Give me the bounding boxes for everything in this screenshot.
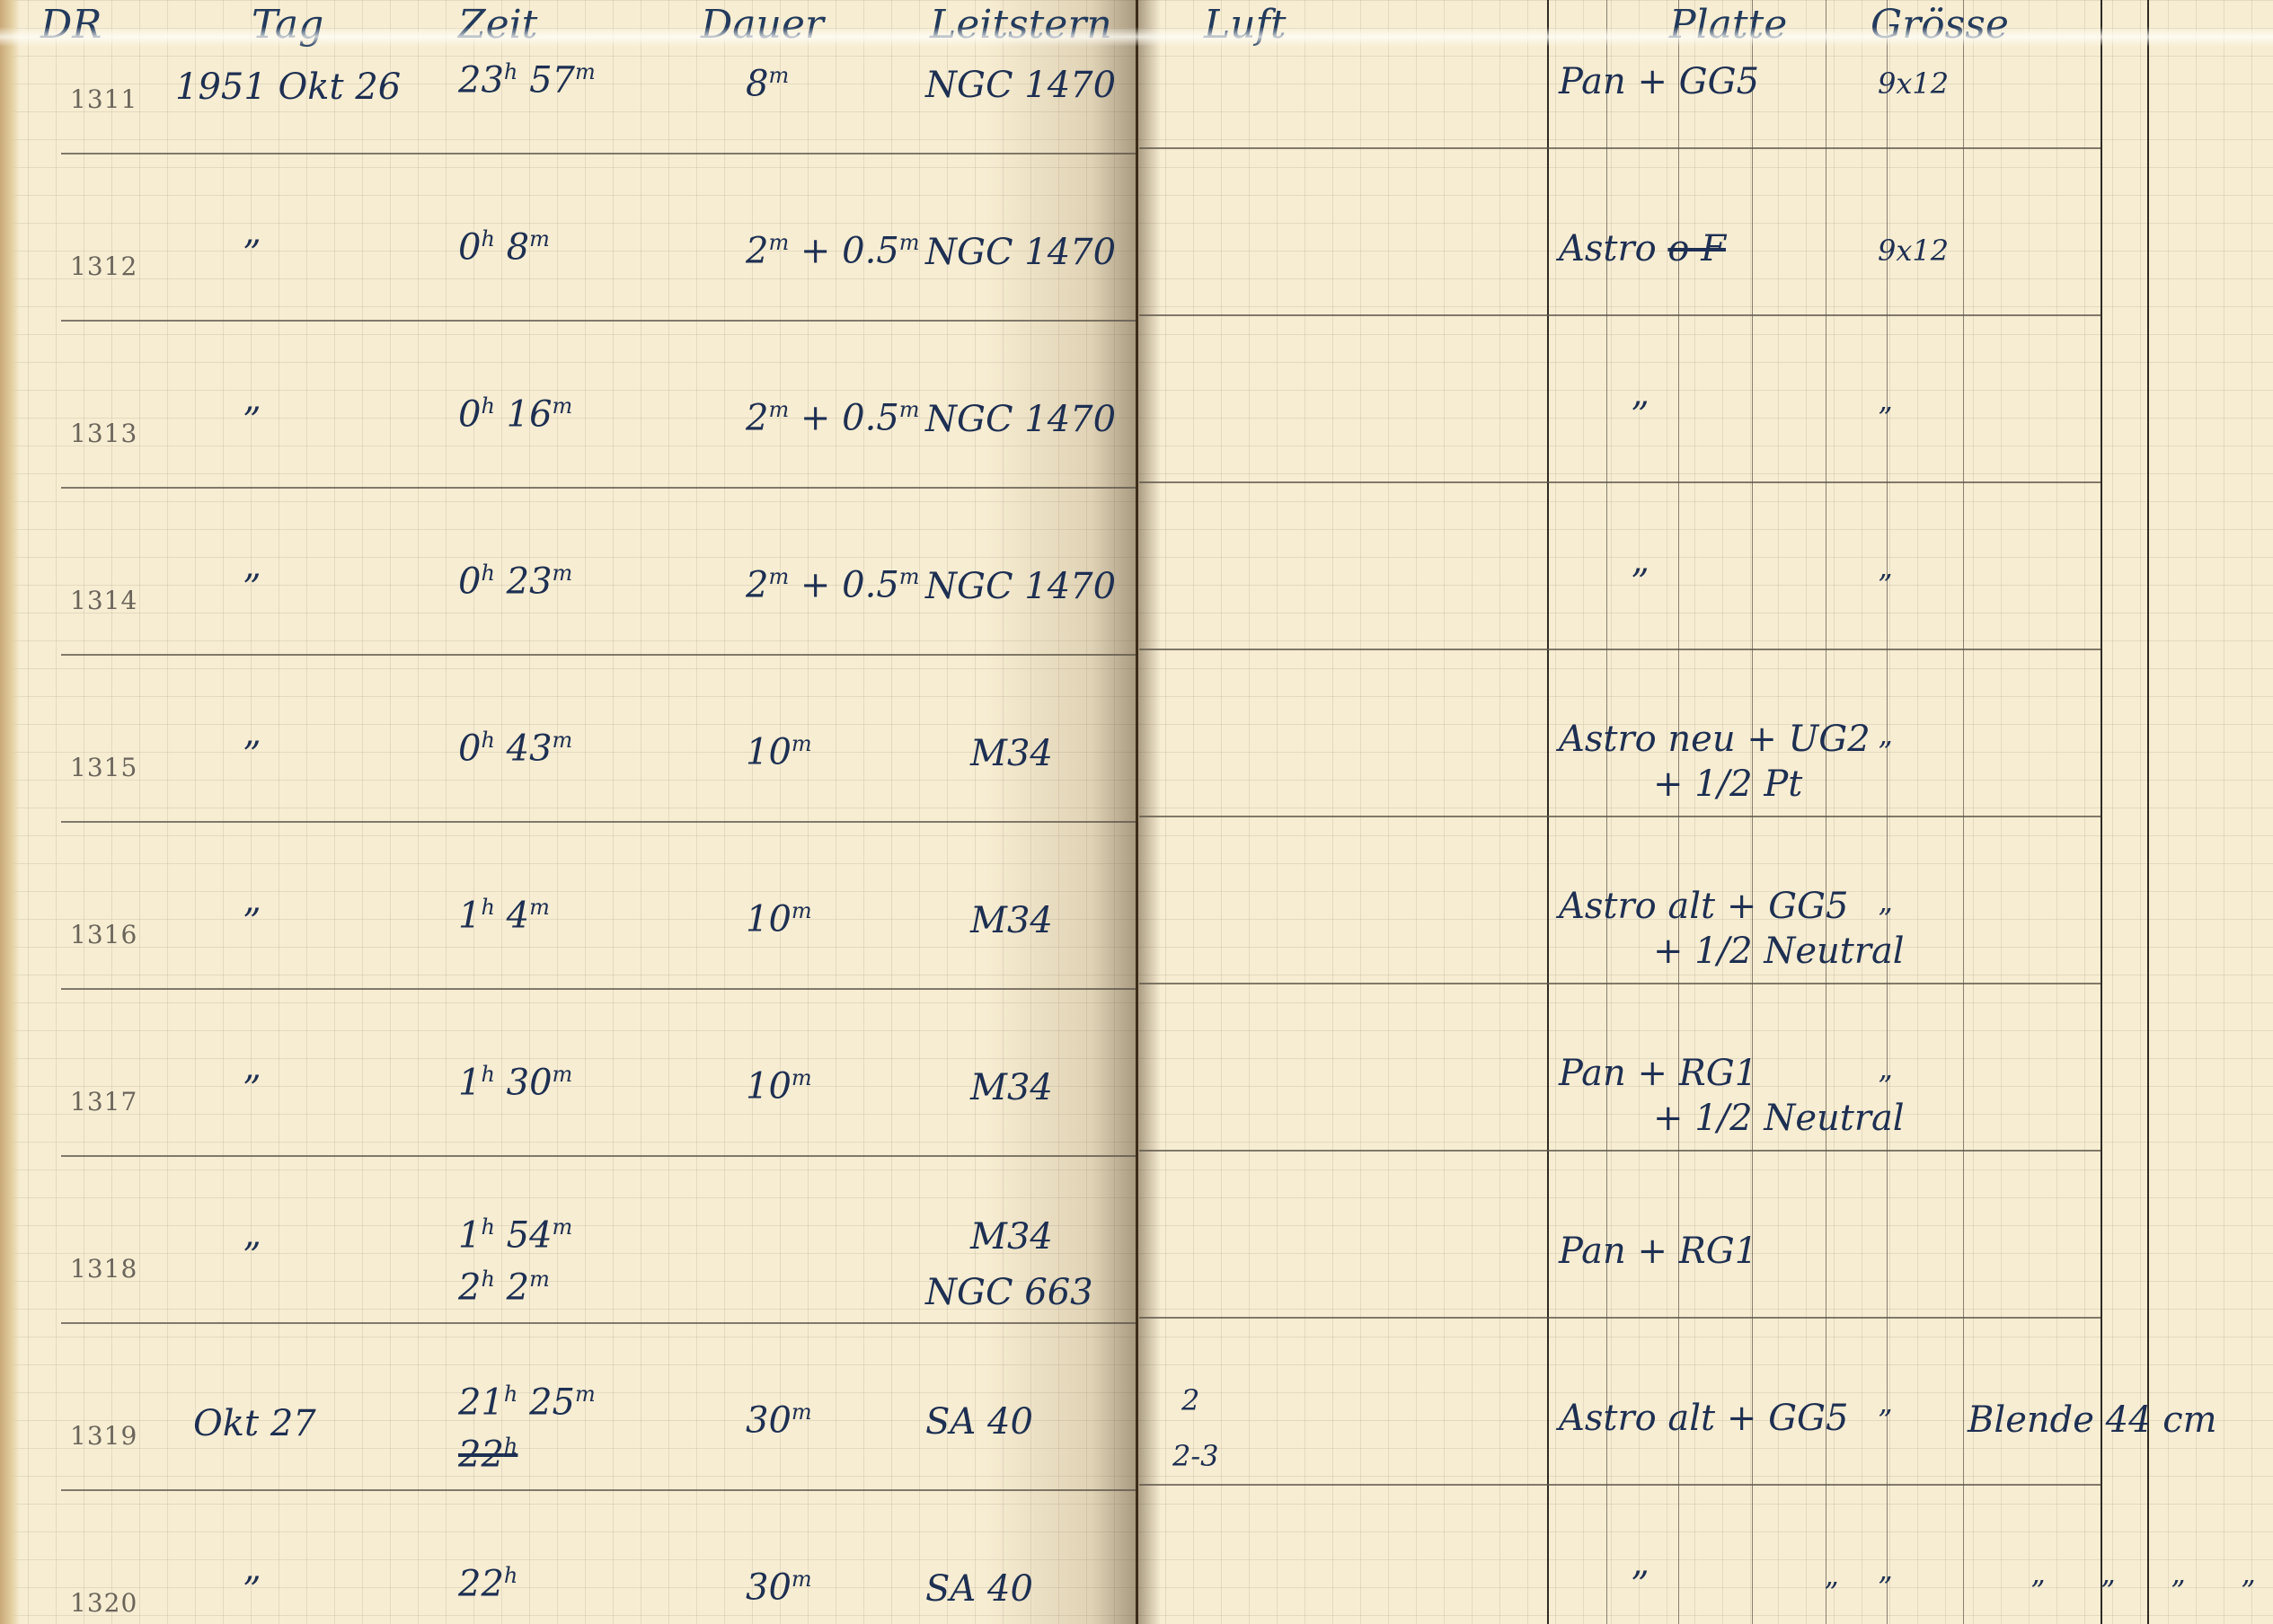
entry-seeing: 2 — [1181, 1383, 1199, 1417]
entry-date: ” — [243, 1069, 261, 1110]
row-divider — [61, 988, 1136, 990]
header-dr: DR — [40, 2, 102, 48]
entry-guide-star: NGC 1470 — [925, 566, 1116, 607]
entry-duration: 10m — [746, 1065, 812, 1107]
entry-duration: 2m + 0.5m — [746, 564, 920, 605]
header-groesse: Grösse — [1871, 2, 2009, 48]
entry-guide-star: M34 — [970, 733, 1053, 774]
entry-size: ” — [1878, 902, 1892, 936]
header-zeit: Zeit — [458, 2, 537, 48]
column-rule — [2147, 0, 2149, 1624]
entry-date: ” — [243, 401, 261, 442]
entry-guide-star: M34 — [970, 1216, 1053, 1258]
entry-time: 22h — [458, 1563, 517, 1604]
entry-date: ” — [243, 568, 261, 609]
entry-date: ” — [243, 902, 261, 943]
entry-number: 1318 — [70, 1254, 137, 1284]
row-divider — [61, 1489, 1136, 1491]
entry-plate: ” — [1631, 1565, 1649, 1606]
entry-guide-star: NGC 1470 — [925, 232, 1116, 273]
row-divider — [1139, 147, 2101, 149]
entry-plate: Astro neu + UG2 — [1559, 719, 1871, 760]
header-luft: Luft — [1204, 2, 1287, 48]
entry-note: ” — [2101, 1574, 2115, 1608]
entry-plate: + 1/2 Pt — [1653, 763, 1802, 805]
entry-seeing: 2-3 — [1172, 1439, 1219, 1473]
row-divider — [1139, 481, 2101, 483]
entry-ditto: ” — [1824, 1575, 1838, 1610]
entry-size: ” — [1878, 401, 1892, 435]
entry-size: 9x12 — [1878, 66, 1949, 101]
row-divider — [61, 320, 1136, 322]
entry-time: 23h 57m — [458, 59, 596, 101]
entry-plate: Pan + GG5 — [1559, 61, 1759, 102]
entry-time: 0h 43m — [458, 728, 572, 769]
entry-guide-star: SA 40 — [925, 1568, 1033, 1610]
row-divider — [1139, 1317, 2101, 1319]
entry-size: ” — [1878, 1069, 1892, 1103]
entry-duration: 10m — [746, 731, 812, 772]
entry-time: 1h 4m — [458, 895, 550, 936]
entry-note: ” — [2030, 1574, 2045, 1608]
entry-time: 1h 30m — [458, 1062, 572, 1103]
entry-number: 1311 — [70, 84, 137, 114]
entry-time: 21h 25m — [458, 1381, 596, 1423]
entry-time: 22h — [458, 1434, 517, 1475]
entry-date: ” — [243, 1236, 261, 1277]
entry-plate: + 1/2 Neutral — [1653, 931, 1905, 972]
entry-time: 0h 8m — [458, 226, 550, 268]
entry-note: Blende 44 cm — [1968, 1399, 2217, 1441]
entry-note: ” — [2171, 1574, 2185, 1608]
entry-date: Okt 27 — [193, 1403, 316, 1444]
entry-plate: Pan + RG1 — [1559, 1053, 1757, 1094]
entry-number: 1313 — [70, 419, 137, 448]
row-divider — [61, 1322, 1136, 1324]
entry-size: ” — [1878, 1570, 1892, 1604]
header-dauer: Dauer — [701, 2, 824, 48]
entry-date: ” — [243, 234, 261, 275]
header-platte: Platte — [1669, 2, 1787, 48]
entry-plate: + 1/2 Neutral — [1653, 1098, 1905, 1139]
row-divider — [61, 821, 1136, 823]
entry-duration: 2m + 0.5m — [746, 230, 920, 271]
row-divider — [1139, 1150, 2101, 1152]
column-rule-platte — [1547, 0, 1549, 1624]
column-rule — [1752, 0, 1753, 1624]
entry-plate: Pan + RG1 — [1559, 1231, 1757, 1272]
book-gutter — [1136, 0, 1138, 1624]
column-rule — [1963, 0, 1964, 1624]
entry-duration: 8m — [746, 63, 789, 104]
entry-size: ” — [1878, 735, 1892, 769]
entry-date: ” — [243, 1570, 261, 1611]
entry-guide-star: NGC 663 — [925, 1272, 1093, 1313]
entry-duration: 2m + 0.5m — [746, 397, 920, 438]
logbook-spread: DR Tag Zeit Dauer Leitstern Luft Platte … — [0, 0, 2273, 1624]
row-divider — [61, 487, 1136, 489]
entry-number: 1315 — [70, 753, 137, 782]
entry-plate: Astro alt + GG5 — [1559, 1398, 1848, 1439]
entry-duration: 10m — [746, 898, 812, 940]
row-divider — [1139, 983, 2101, 984]
entry-time: 2h 2m — [458, 1267, 550, 1308]
entry-duration: 30m — [746, 1399, 812, 1441]
entry-time: 1h 54m — [458, 1214, 572, 1256]
column-rule — [1826, 0, 1826, 1624]
entry-time: 0h 23m — [458, 560, 572, 602]
entry-number: 1314 — [70, 586, 137, 615]
entry-size: 9x12 — [1878, 234, 1949, 268]
entry-number: 1312 — [70, 252, 137, 281]
entry-guide-star: SA 40 — [925, 1401, 1033, 1443]
entry-plate: Astro alt + GG5 — [1559, 886, 1848, 927]
row-divider — [1139, 314, 2101, 316]
row-divider — [61, 153, 1136, 154]
entry-date: 1951 Okt 26 — [175, 66, 401, 108]
row-divider — [1139, 816, 2101, 817]
row-divider — [61, 1155, 1136, 1157]
entry-date: ” — [243, 735, 261, 776]
entry-guide-star: NGC 1470 — [925, 65, 1116, 106]
entry-note: ” — [2241, 1574, 2255, 1608]
entry-guide-star: M34 — [970, 900, 1053, 941]
entry-plate: ” — [1631, 395, 1649, 437]
header-leitstern: Leitstern — [930, 2, 1112, 48]
row-divider — [1139, 1484, 2101, 1486]
entry-number: 1316 — [70, 920, 137, 949]
entry-size: ” — [1878, 568, 1892, 602]
entry-guide-star: NGC 1470 — [925, 399, 1116, 440]
row-divider — [61, 654, 1136, 656]
entry-duration: 30m — [746, 1567, 812, 1608]
entry-size: ” — [1878, 1403, 1892, 1437]
entry-guide-star: M34 — [970, 1067, 1053, 1108]
entry-plate: ” — [1631, 562, 1649, 604]
header-tag: Tag — [252, 2, 323, 48]
column-rule — [2101, 0, 2102, 1624]
entry-number: 1320 — [70, 1588, 137, 1618]
row-divider — [1139, 649, 2101, 650]
entry-plate: Astro o F — [1559, 228, 1726, 269]
entry-time: 0h 16m — [458, 393, 572, 435]
entry-number: 1319 — [70, 1421, 137, 1451]
entry-number: 1317 — [70, 1087, 137, 1116]
